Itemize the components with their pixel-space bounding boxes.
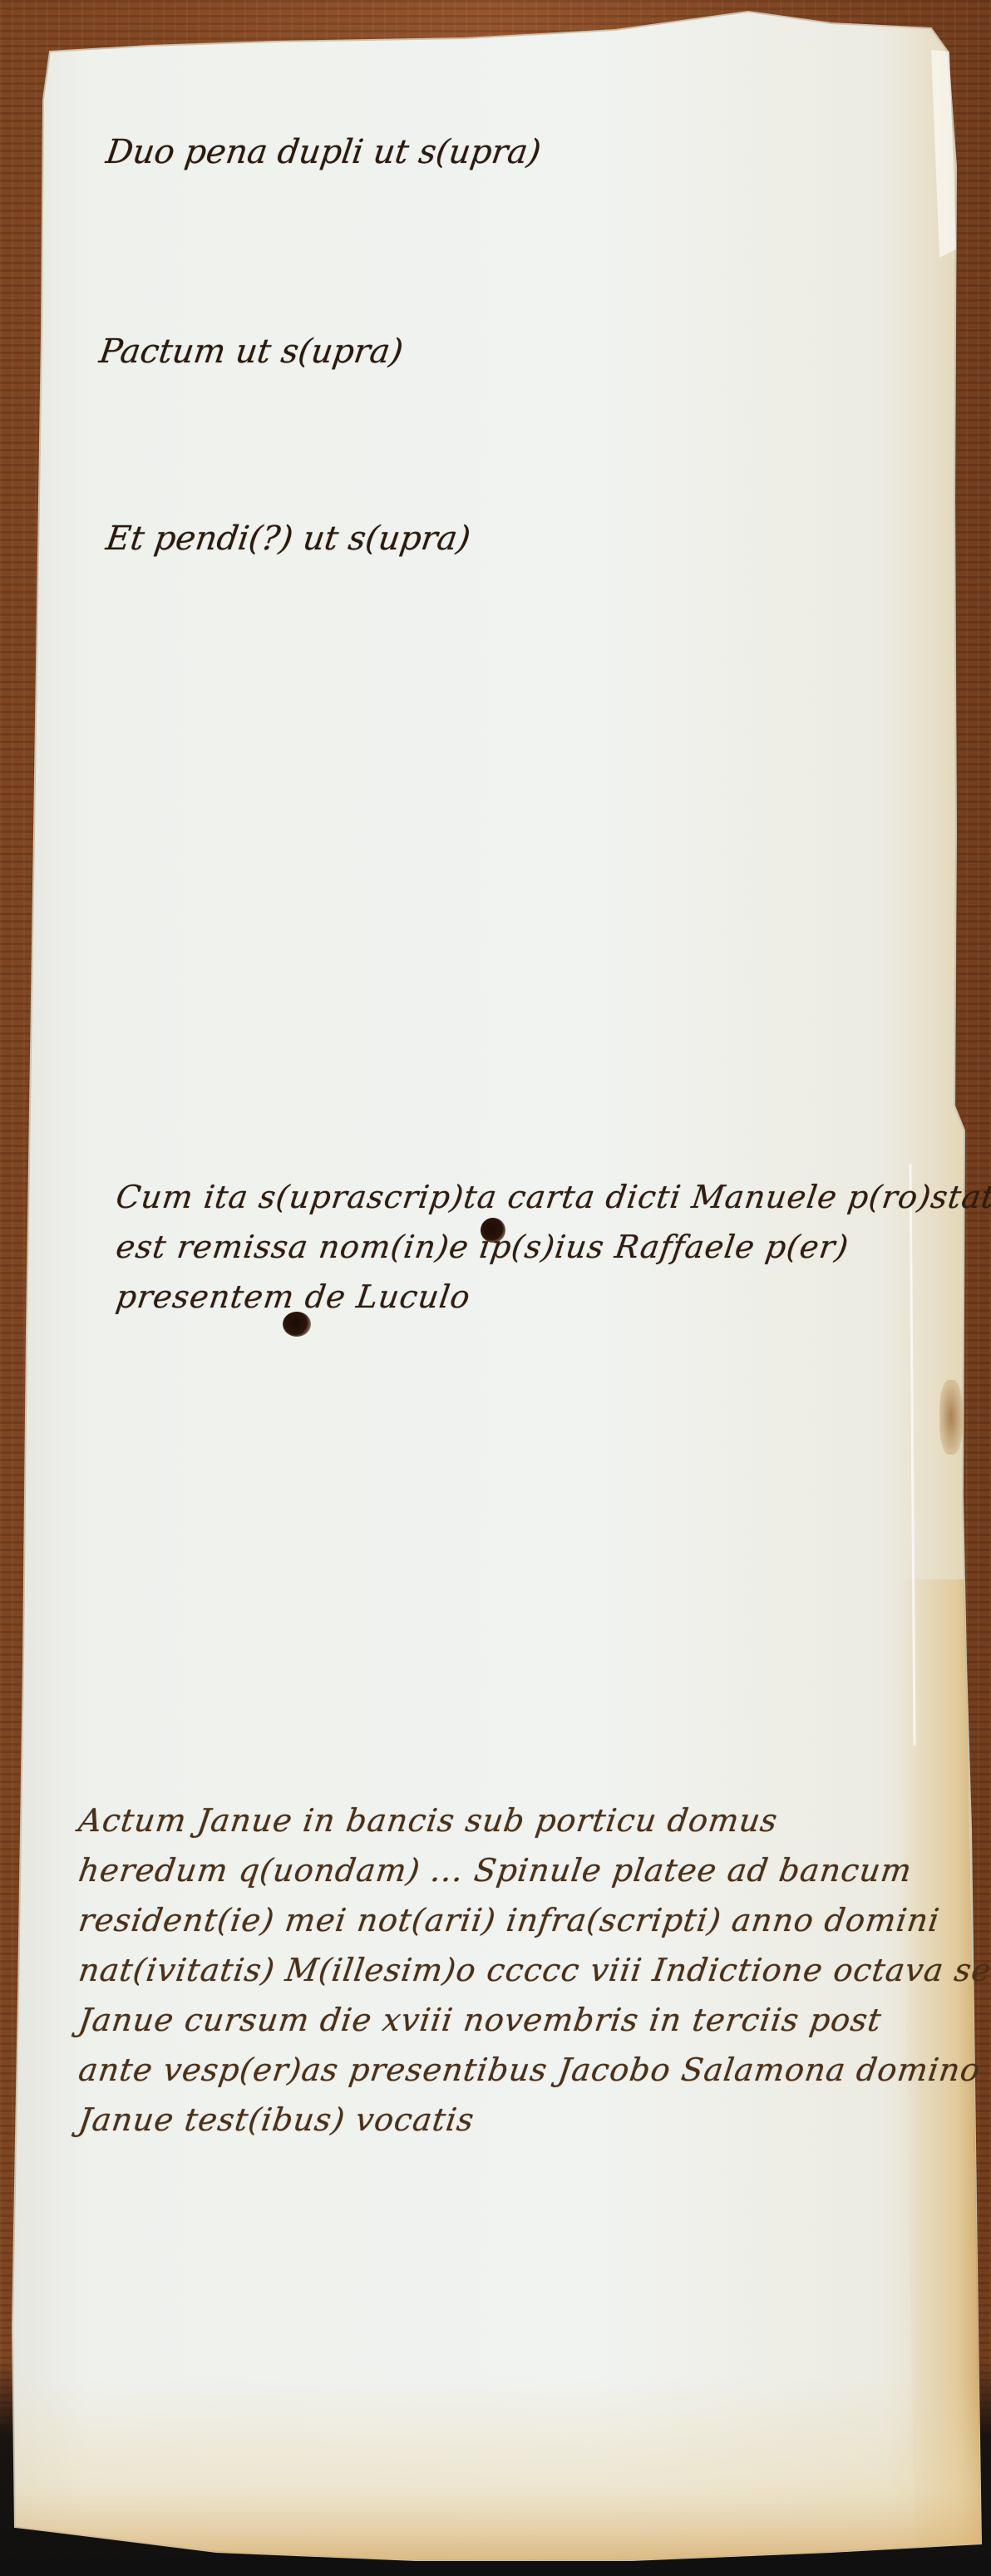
bottom-line-2: heredum q(uondam) ... Spinule platee ad … xyxy=(76,1845,991,1895)
bottom-line-4: nat(ivitatis) M(illesim)o ccccc viii Ind… xyxy=(76,1945,991,1995)
paper-hole-1 xyxy=(481,1218,505,1243)
note-line-1: Duo pena dupli ut s(upra) xyxy=(104,133,544,171)
middle-line-3: presentem de Luculo xyxy=(113,1272,991,1322)
note-line-3: Et pendi(?) ut s(upra) xyxy=(104,520,473,558)
bottom-line-1: Actum Janue in bancis sub porticu domus xyxy=(76,1795,991,1845)
bottom-line-3: resident(ie) mei not(arii) infra(scripti… xyxy=(76,1895,991,1945)
note-line-2: Pactum ut s(upra) xyxy=(97,332,406,371)
bottom-paragraph: Actum Janue in bancis sub porticu domus … xyxy=(79,1795,991,2145)
bottom-line-6: ante vesp(er)as presentibus Jacobo Salam… xyxy=(76,2045,991,2095)
edge-tear-stain xyxy=(939,1380,963,1455)
paper-hole-2 xyxy=(283,1312,311,1337)
bottom-line-7: Janue test(ibus) vocatis xyxy=(76,2095,991,2145)
bottom-line-5: Janue cursum die xviii novembris in terc… xyxy=(76,1995,991,2045)
middle-line-1: Cum ita s(uprascrip)ta carta dicti Manue… xyxy=(113,1172,991,1222)
manuscript-sheet: Duo pena dupli ut s(upra) Pactum ut s(up… xyxy=(0,0,991,2576)
middle-paragraph: Cum ita s(uprascrip)ta carta dicti Manue… xyxy=(116,1172,991,1322)
middle-line-2: est remissa nom(in)e ip(s)ius Raffaele p… xyxy=(113,1222,991,1272)
